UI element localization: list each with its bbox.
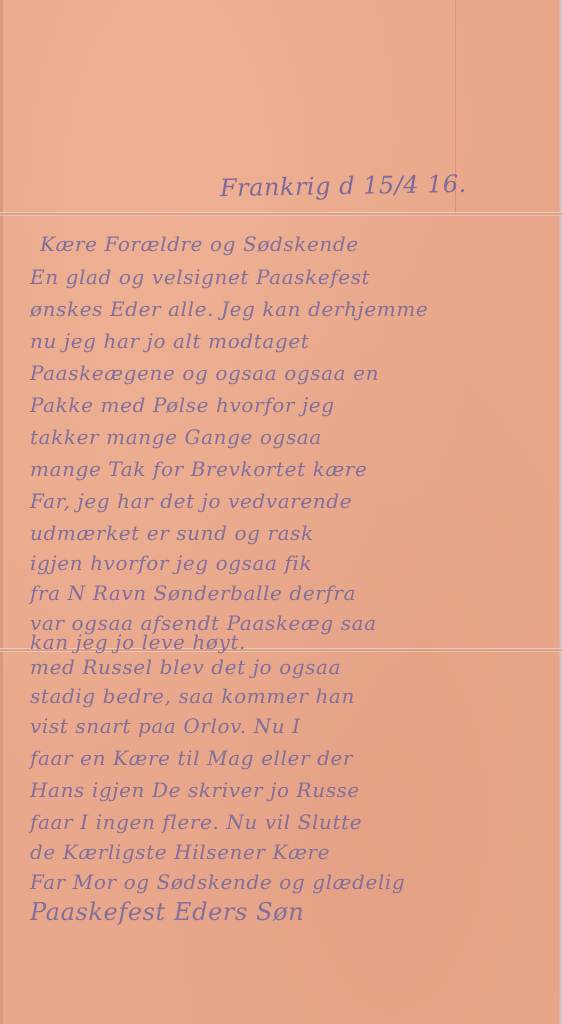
- body-line: Far Mor og Sødskende og glædelig: [30, 870, 550, 894]
- body-line: udmærket er sund og rask: [30, 521, 550, 545]
- body-line: igjen hvorfor jeg ogsaa fik: [30, 551, 550, 575]
- body-line: fra N Ravn Sønderballe derfra: [30, 581, 550, 605]
- body-line: En glad og velsignet Paaskefest: [30, 265, 550, 289]
- body-line: Pakke med Pølse hvorfor jeg: [30, 393, 550, 417]
- body-line: takker mange Gange ogsaa: [30, 425, 550, 449]
- body-line: mange Tak for Brevkortet kære: [30, 457, 550, 481]
- paper-edge-left: [0, 0, 3, 1024]
- body-line: kan jeg jo leve høyt.: [30, 630, 550, 654]
- body-line: Far, jeg har det jo vedvarende: [30, 489, 550, 513]
- body-line: nu jeg har jo alt modtaget: [30, 329, 550, 353]
- fold-crease-upper: [0, 212, 562, 216]
- body-line: med Russel blev det jo ogsaa: [30, 655, 550, 679]
- body-line: Paaskeægene og ogsaa ogsaa en: [30, 361, 550, 385]
- body-line: vist snart paa Orlov. Nu I: [30, 714, 550, 738]
- body-line: de Kærligste Hilsener Kære: [30, 840, 550, 864]
- body-line: faar I ingen flere. Nu vil Slutte: [30, 810, 550, 834]
- dateline: Frankrig d 15/4 16.: [220, 170, 467, 202]
- closing-signature: Paaskefest Eders Søn: [30, 898, 550, 926]
- body-line: ønskes Eder alle. Jeg kan derhjemme: [30, 297, 550, 321]
- body-line: stadig bedre, saa kommer han: [30, 684, 550, 708]
- body-line: Hans igjen De skriver jo Russe: [30, 778, 550, 802]
- salutation: Kære Forældre og Sødskende: [40, 232, 560, 256]
- paper-edge-right: [558, 0, 562, 1024]
- body-line: faar en Kære til Mag eller der: [30, 746, 550, 770]
